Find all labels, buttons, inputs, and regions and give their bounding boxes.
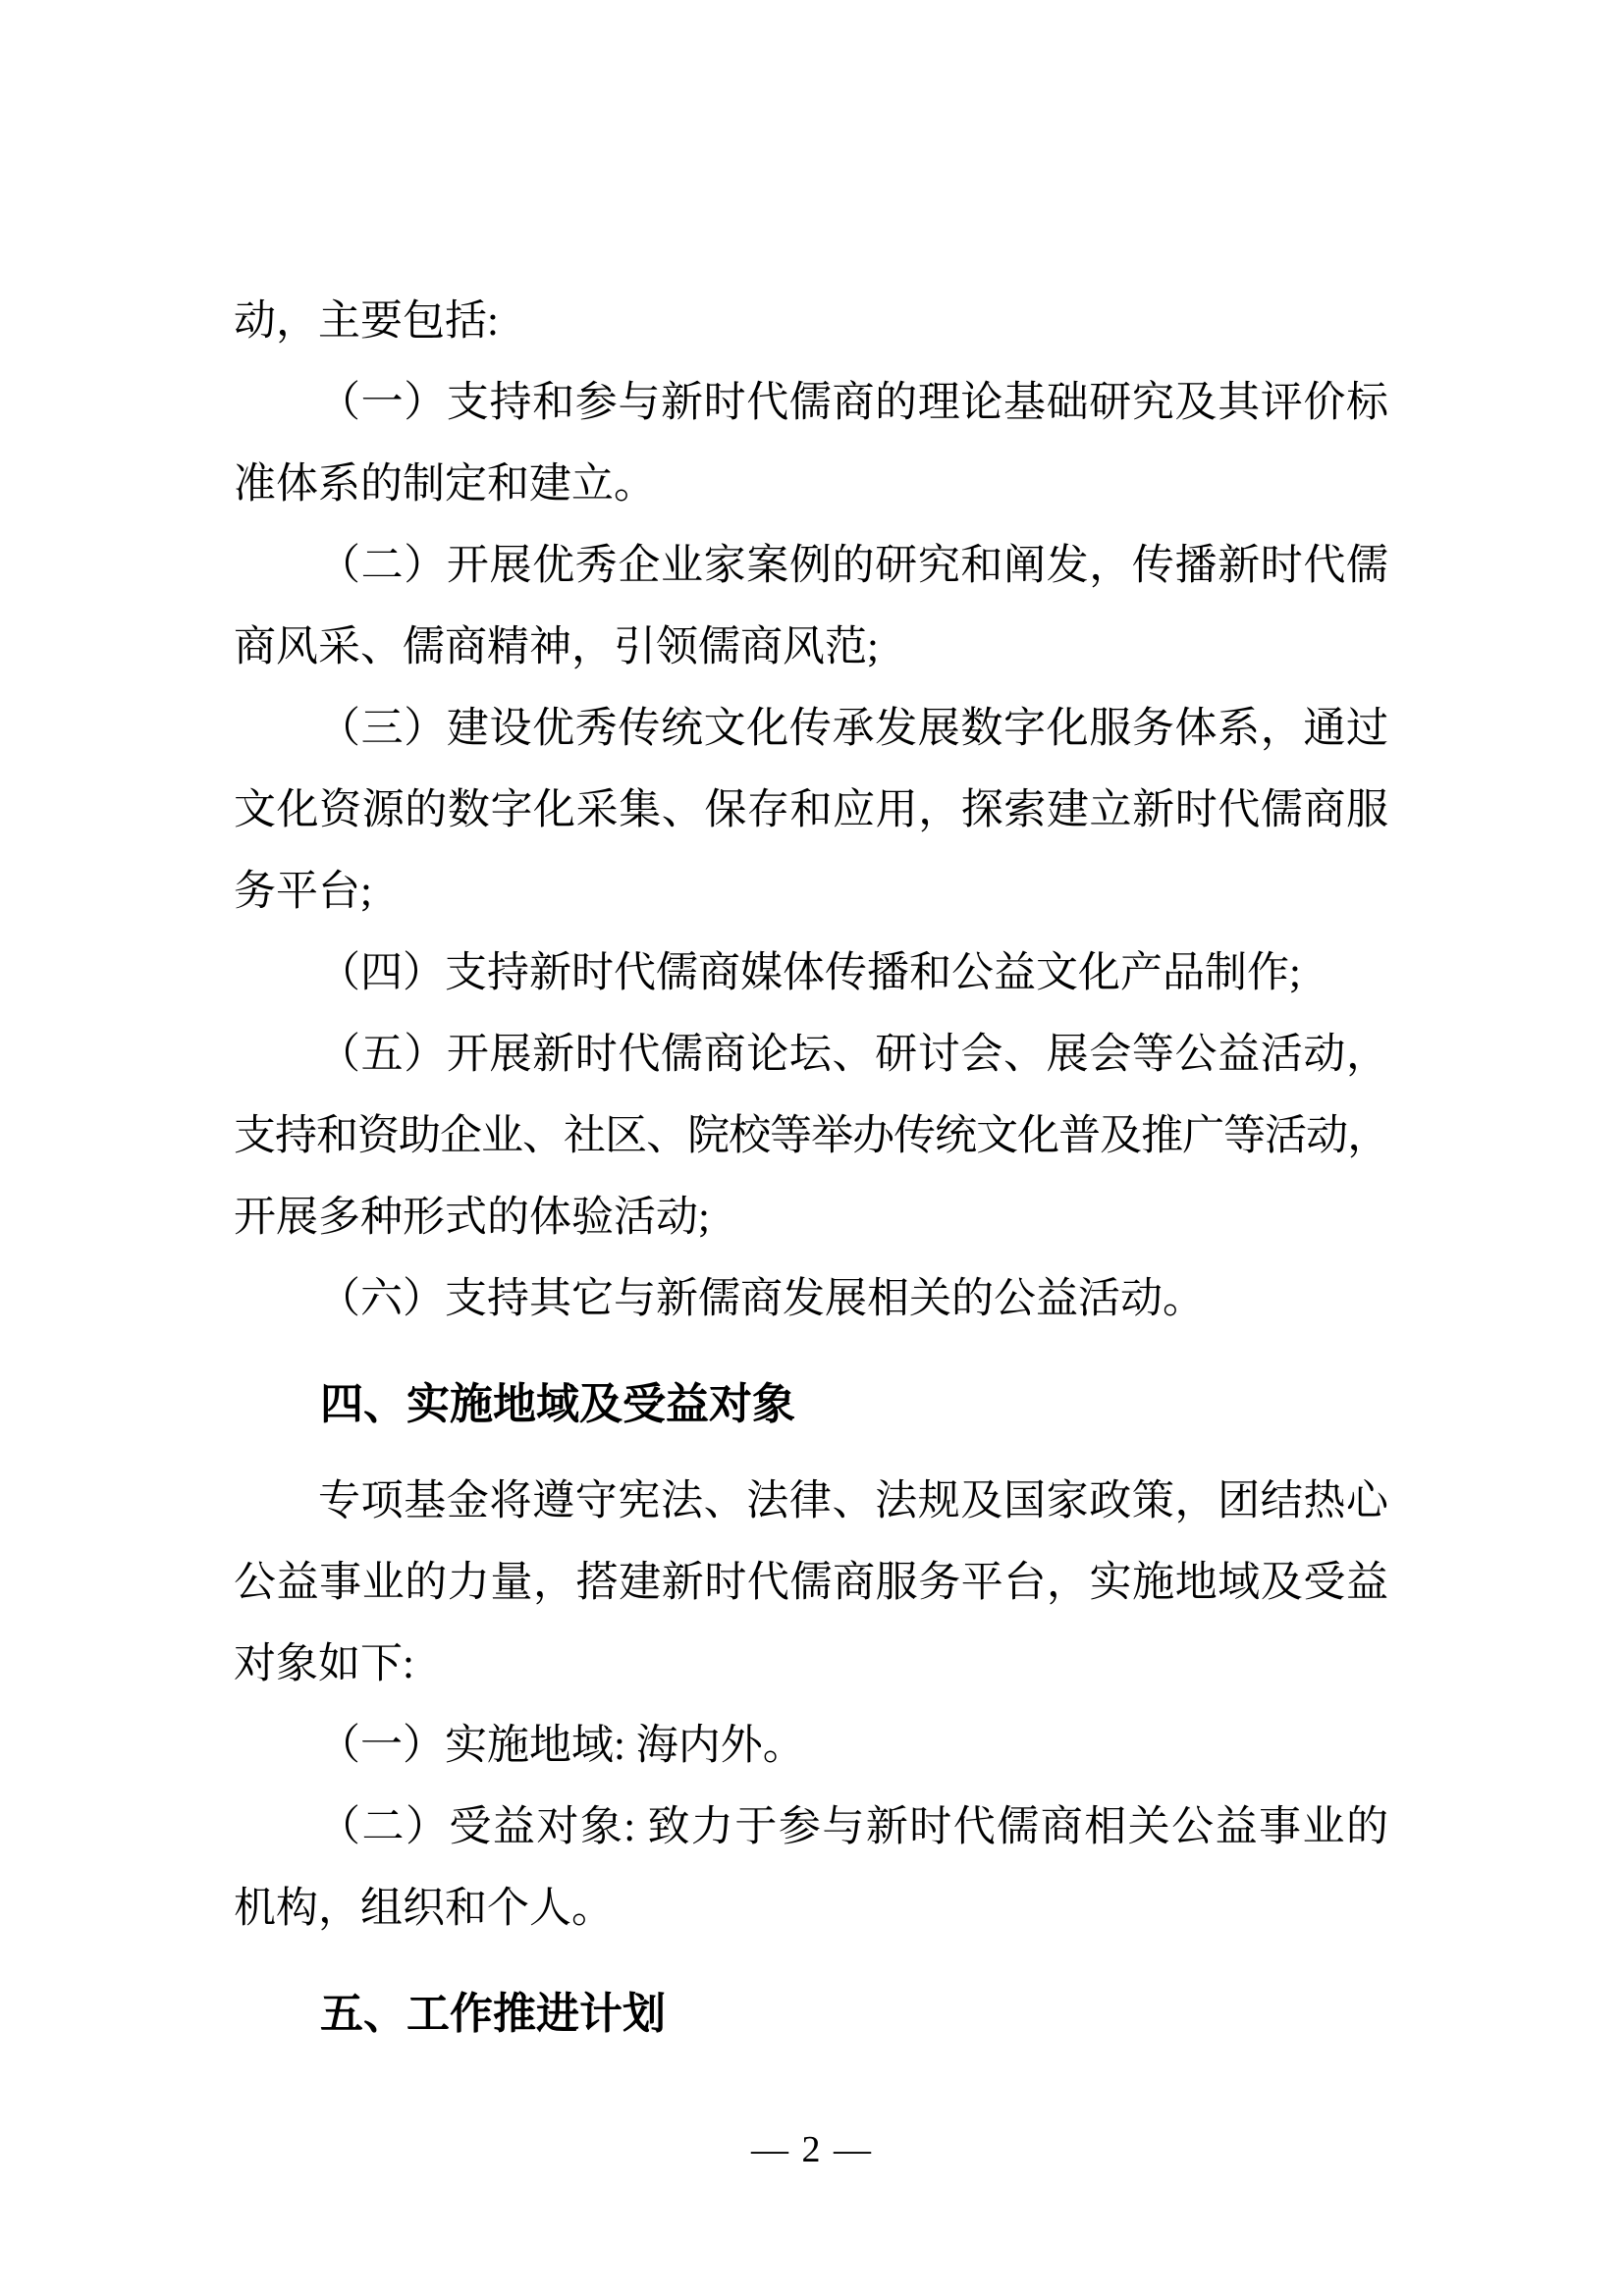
page-number: — 2 — <box>751 2129 873 2170</box>
list-item-5: （五）开展新时代儒商论坛、研讨会、展会等公益活动， <box>234 1014 1388 1095</box>
paragraph-line: 文化资源的数字化采集、保存和应用，探索建立新时代儒商服 <box>234 770 1388 851</box>
paragraph-line: 机构，组织和个人。 <box>234 1868 1388 1949</box>
document-body: 动，主要包括: （一）支持和参与新时代儒商的理论基础研究及其评价标 准体系的制定… <box>234 281 1388 2070</box>
paragraph-line: 对象如下: <box>234 1624 1388 1705</box>
paragraph-line: 商风采、儒商精神，引领儒商风范; <box>234 607 1388 688</box>
list-item-4: （四）支持新时代儒商媒体传播和公益文化产品制作; <box>234 933 1388 1014</box>
paragraph-line: 准体系的制定和建立。 <box>234 444 1388 525</box>
paragraph-line: 开展多种形式的体验活动; <box>234 1177 1388 1258</box>
paragraph-line: 支持和资助企业、社区、院校等举办传统文化普及推广等活动， <box>234 1095 1388 1177</box>
paragraph-line: 专项基金将遵守宪法、法律、法规及国家政策，团结热心 <box>234 1461 1388 1542</box>
paragraph-line: 动，主要包括: <box>234 281 1388 362</box>
list-item-1: （一）支持和参与新时代儒商的理论基础研究及其评价标 <box>234 362 1388 444</box>
paragraph-line: 公益事业的力量，搭建新时代儒商服务平台，实施地域及受益 <box>234 1542 1388 1624</box>
list-item-2: （二）开展优秀企业家案例的研究和阐发，传播新时代儒 <box>234 525 1388 607</box>
document-page: 动，主要包括: （一）支持和参与新时代儒商的理论基础研究及其评价标 准体系的制定… <box>0 0 1624 2296</box>
list-item-6: （六）支持其它与新儒商发展相关的公益活动。 <box>234 1258 1388 1340</box>
paragraph-line: 务平台; <box>234 851 1388 933</box>
list-item-region: （一）实施地域: 海内外。 <box>234 1705 1388 1787</box>
section-heading-5: 五、工作推进计划 <box>234 1973 1388 2055</box>
section-heading-4: 四、实施地域及受益对象 <box>234 1363 1388 1445</box>
list-item-beneficiary: （二）受益对象: 致力于参与新时代儒商相关公益事业的 <box>234 1787 1388 1868</box>
page-footer: — 2 — <box>0 2122 1624 2177</box>
list-item-3: （三）建设优秀传统文化传承发展数字化服务体系，通过 <box>234 688 1388 770</box>
